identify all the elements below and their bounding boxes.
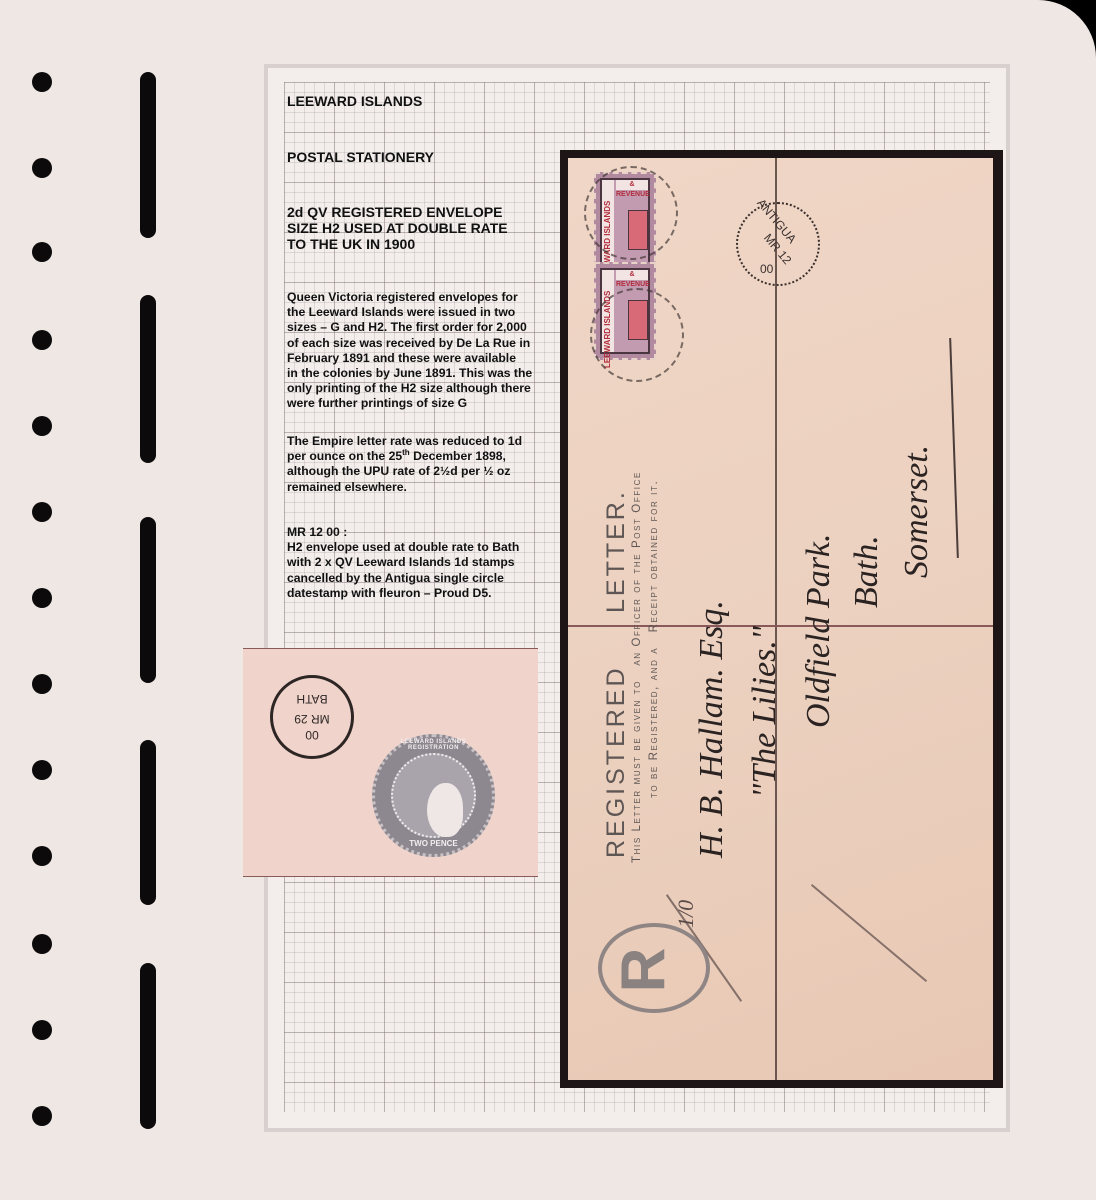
text-line: sizes – G and H2. The first order for 2,… [287, 320, 552, 335]
address-line: Somerset. [898, 445, 936, 578]
binder-hole [32, 846, 52, 866]
text-line: H2 envelope used at double rate to Bath [287, 540, 552, 555]
binder-slot [140, 740, 156, 905]
binder-slot [140, 517, 156, 683]
notice-line-1: This Letter must be given to an Officer … [631, 471, 643, 863]
binder-hole [32, 242, 52, 262]
queen-head-icon [427, 783, 463, 837]
text-line: datestamp with fleuron – Proud D5. [287, 586, 552, 601]
text-fragment: per ounce on the 25 [287, 449, 402, 463]
postmark-place: BATH [273, 692, 351, 706]
binder-hole [32, 1020, 52, 1040]
heading-line: 2d QV REGISTERED ENVELOPE [287, 204, 552, 220]
notice-text: to be Registered, and a [648, 647, 660, 798]
letter-word: LETTER. [602, 489, 630, 613]
text-line: the Leeward Islands were issued in two [287, 305, 552, 320]
binder-hole [32, 588, 52, 608]
registered-heading: REGISTERED [602, 665, 631, 858]
notice-text: an Officer of the Post Office [631, 471, 643, 666]
binder-slot [140, 295, 156, 463]
text-line: with 2 x QV Leeward Islands 1d stamps [287, 555, 552, 570]
text-fragment: December 1898, [410, 449, 506, 463]
binder-hole [32, 330, 52, 350]
notice-line-2: to be Registered, and a Receipt obtained… [648, 480, 660, 798]
pencil-stroke [811, 884, 927, 982]
notice-text: Receipt obtained for it. [648, 480, 660, 633]
text-line: remained elsewhere. [287, 480, 552, 495]
postmark-date: MR 29 [273, 712, 351, 726]
address-line: Bath. [848, 535, 886, 608]
stamp-top-text: & REVENUE [616, 270, 648, 280]
item-heading: 2d QV REGISTERED ENVELOPE SIZE H2 USED A… [287, 204, 552, 252]
address-line: "The Lilies." [746, 626, 784, 798]
binder-hole [32, 72, 52, 92]
binder-slot [140, 72, 156, 238]
registration-r-mark: R [598, 923, 710, 1013]
indicium-inscription: LEEWARD ISLANDS REGISTRATION [375, 739, 492, 751]
bath-postmark: BATH MR 29 00 [270, 675, 354, 759]
binder-hole [32, 502, 52, 522]
binder-slot [140, 963, 156, 1129]
rate-paragraph: The Empire letter rate was reduced to 1d… [287, 434, 552, 495]
cut-square: BATH MR 29 00 LEEWARD ISLANDS REGISTRATI… [243, 648, 538, 877]
address-line: Oldfield Park. [800, 533, 838, 728]
text-line: although the UPU rate of 2½d per ½ oz [287, 464, 552, 479]
text-line: only printing of the H2 size although th… [287, 381, 552, 396]
description-paragraph: Queen Victoria registered envelopes for … [287, 290, 552, 412]
r-letter: R [613, 948, 675, 993]
album-page: LEEWARD ISLANDS POSTAL STATIONERY 2d QV … [0, 0, 1096, 1200]
binder-hole [32, 760, 52, 780]
heading-line: SIZE H2 USED AT DOUBLE RATE [287, 220, 552, 236]
antigua-postmark: ANTIGUA MR 12 00 [736, 202, 820, 286]
text-line: in the colonies by June 1891. This was t… [287, 366, 552, 381]
underline-stroke [949, 338, 959, 558]
page-subtitle: POSTAL STATIONERY [287, 149, 552, 165]
antigua-postmark [590, 288, 684, 382]
antigua-postmark [584, 166, 678, 260]
usage-date: MR 12 00 : [287, 525, 552, 540]
page-title: LEEWARD ISLANDS [287, 93, 552, 109]
embossed-indicium: LEEWARD ISLANDS REGISTRATION TWO PENCE [372, 734, 495, 857]
text-line: of each size was received by De La Rue i… [287, 336, 552, 351]
indicium-ring [391, 753, 476, 838]
indicium-value: TWO PENCE [375, 839, 492, 848]
binder-hole [32, 934, 52, 954]
letter-heading: LETTER. [602, 489, 631, 613]
text-line: cancelled by the Antigua single circle [287, 571, 552, 586]
postmark-year: 00 [273, 728, 351, 742]
address-line: H. B. Hallam. Esq. [693, 600, 731, 858]
binder-hole [32, 416, 52, 436]
binder-hole [32, 674, 52, 694]
registered-word: REGISTERED [602, 665, 630, 858]
usage-note: MR 12 00 : H2 envelope used at double ra… [287, 525, 552, 601]
registered-envelope: LEEWARD ISLANDS & REVENUE LEEWARD ISLAND… [568, 158, 993, 1080]
heading-line: TO THE UK IN 1900 [287, 236, 552, 252]
superscript: th [402, 448, 410, 457]
binder-hole [32, 1106, 52, 1126]
text-line: February 1891 and these were available [287, 351, 552, 366]
notice-text: This Letter must be given to [631, 680, 643, 863]
binder-hole [32, 158, 52, 178]
envelope-rule-vertical [775, 158, 777, 1080]
text-line: The Empire letter rate was reduced to 1d [287, 434, 552, 449]
text-line: Queen Victoria registered envelopes for [287, 290, 552, 305]
text-line: per ounce on the 25th December 1898, [287, 449, 552, 464]
postmark-year: 00 [760, 262, 773, 276]
text-line: were further printings of size G [287, 396, 552, 411]
